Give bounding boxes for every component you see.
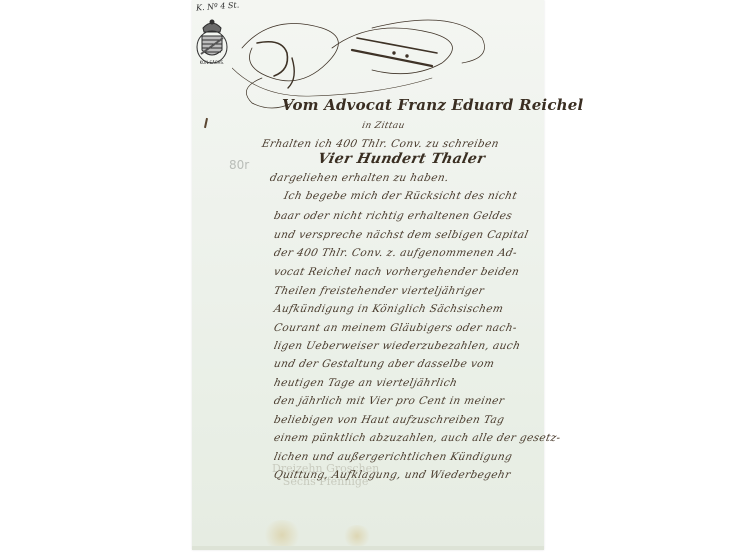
stamp-line: Dreizehn Groschen	[272, 462, 379, 475]
text-line: vocat Reichel nach vorhergehender beiden	[273, 266, 521, 278]
stamp-line: Sechs Pfennige	[272, 475, 379, 488]
text-line: Erhalten ich 400 Thlr. Conv. zu schreibe…	[261, 138, 500, 150]
paper-stain	[262, 520, 302, 550]
coat-of-arms-seal-icon: KÖN.SÄCHS.	[193, 14, 231, 66]
text-line: Courant an meinem Gläubigers oder nach-	[273, 322, 518, 334]
paper-stain	[342, 525, 372, 547]
text-line: dargeliehen erhalten zu haben.	[269, 172, 450, 184]
pencil-folio-number: 80r	[229, 158, 249, 172]
amount-in-words: Vier Hundert Thaler	[316, 151, 486, 167]
text-line: den jährlich mit Vier pro Cent in meiner	[273, 395, 506, 407]
location-line: in Zittau	[361, 121, 406, 131]
text-line: heutigen Tage an vierteljährlich	[273, 377, 459, 389]
text-line: ligen Ueberweiser wiederzubezahlen, auch	[273, 340, 522, 352]
faded-revenue-stamp: Dreizehn Groschen Sechs Pfennige	[272, 462, 379, 488]
text-line: Aufkündigung in Königlich Sächsischem	[273, 303, 505, 315]
svg-text:KÖN.SÄCHS.: KÖN.SÄCHS.	[200, 60, 225, 65]
document-heading: Vom Advocat Franz Eduard Reichel	[282, 96, 583, 114]
text-line: einem pünktlich abzuzahlen, auch alle de…	[273, 432, 562, 444]
text-line: und der Gestaltung aber dasselbe vom	[273, 358, 496, 370]
text-line: Ich begebe mich der Rücksicht des nicht	[283, 190, 519, 202]
text-line: der 400 Thlr. Conv. z. aufgenommenen Ad-	[273, 247, 519, 259]
text-line: Theilen freistehender vierteljähriger	[273, 285, 486, 297]
text-line: und verspreche nächst dem selbigen Capit…	[273, 229, 530, 241]
text-line: baar oder nicht richtig erhaltenen Gelde…	[273, 210, 514, 222]
text-line: beliebigen von Haut aufzuschreiben Tag	[273, 414, 506, 426]
